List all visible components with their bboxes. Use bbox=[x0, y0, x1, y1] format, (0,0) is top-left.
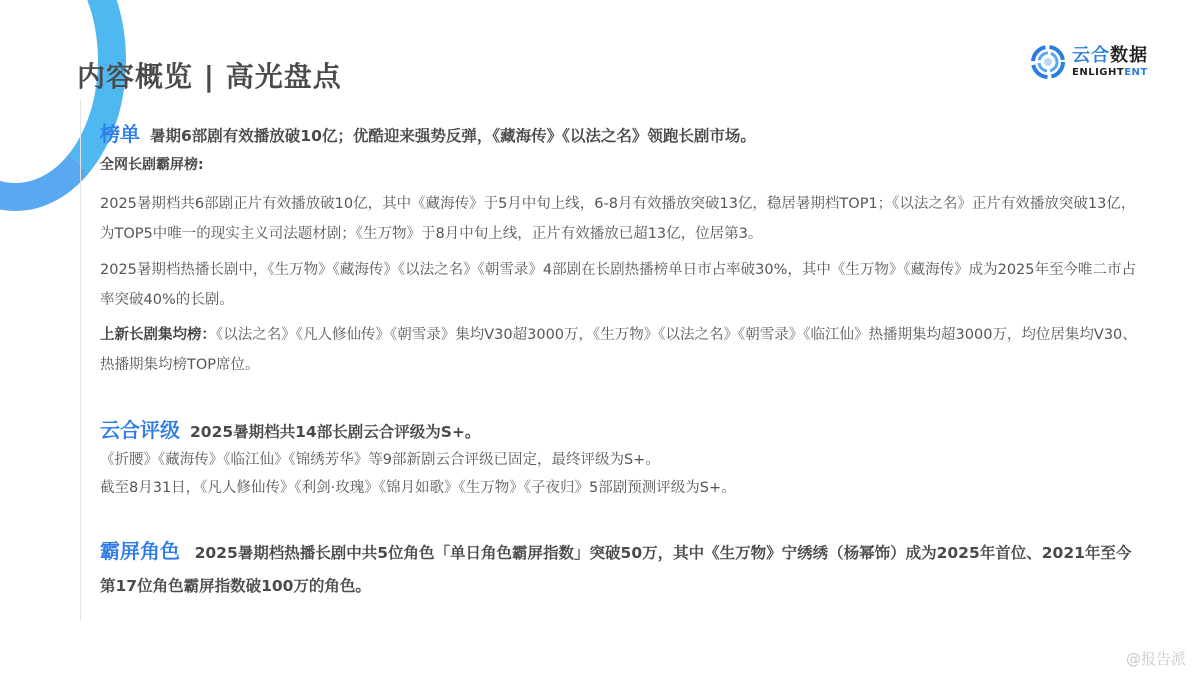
watermark: @报告派 bbox=[1126, 648, 1186, 669]
ranking-sub1: 全网长剧霸屏榜: bbox=[100, 150, 1145, 180]
logo-icon bbox=[1030, 44, 1066, 80]
role-headline: 2025暑期档热播长剧中共5位角色「单日角色霸屏指数」突破50万，其中《生万物》… bbox=[100, 544, 1131, 595]
ranking-para1: 2025暑期档共6部剧正片有效播放破10亿，其中《藏海传》于5月中旬上线，6-8… bbox=[100, 189, 1145, 249]
ranking-para3: 《以法之名》《凡人修仙传》《朝雪录》集均V30超3000万，《生万物》《以法之名… bbox=[100, 327, 1137, 373]
rating-line1: 《折腰》《藏海传》《临江仙》《锦绣芳华》等9部新剧云合评级已固定，最终评级为S+… bbox=[100, 446, 1145, 474]
rating-heading: 云合评级 2025暑期档共14部长剧云合评级为S+。 bbox=[100, 414, 480, 443]
page-title: 内容概览 | 高光盘点 bbox=[77, 55, 342, 95]
logo-cn-blue: 云合 bbox=[1072, 45, 1110, 66]
rating-headline: 2025暑期档共14部长剧云合评级为S+。 bbox=[190, 420, 480, 442]
divider-line bbox=[80, 100, 81, 620]
rating-tag: 云合评级 bbox=[100, 414, 180, 443]
logo: 云合数据 ENLIGHTENT bbox=[1030, 44, 1148, 80]
logo-en-blue: ENT bbox=[1124, 67, 1148, 78]
role-block: 霸屏角色 2025暑期档热播长剧中共5位角色「单日角色霸屏指数」突破50万，其中… bbox=[100, 535, 1145, 603]
ranking-headline: 暑期6部剧有效播放破10亿；优酷迎来强势反弹，《藏海传》《以法之名》领跑长剧市场… bbox=[150, 124, 756, 146]
rating-line2: 截至8月31日，《凡人修仙传》《利剑·玫瑰》《锦月如歌》《生万物》《子夜归》5部… bbox=[100, 474, 1145, 502]
ranking-para2: 2025暑期档热播长剧中，《生万物》《藏海传》《以法之名》《朝雪录》4部剧在长剧… bbox=[100, 255, 1145, 315]
logo-en-dark: ENLIGHT bbox=[1072, 67, 1124, 78]
role-tag: 霸屏角色 bbox=[100, 539, 180, 563]
ranking-heading: 榜单 暑期6部剧有效播放破10亿；优酷迎来强势反弹，《藏海传》《以法之名》领跑长… bbox=[100, 118, 756, 147]
ranking-tag: 榜单 bbox=[100, 118, 140, 147]
logo-cn-dark: 数据 bbox=[1110, 45, 1148, 66]
ranking-para3-block: 上新长剧集均榜：《以法之名》《凡人修仙传》《朝雪录》集均V30超3000万，《生… bbox=[100, 320, 1145, 380]
ranking-sub2: 上新长剧集均榜： bbox=[100, 327, 216, 343]
